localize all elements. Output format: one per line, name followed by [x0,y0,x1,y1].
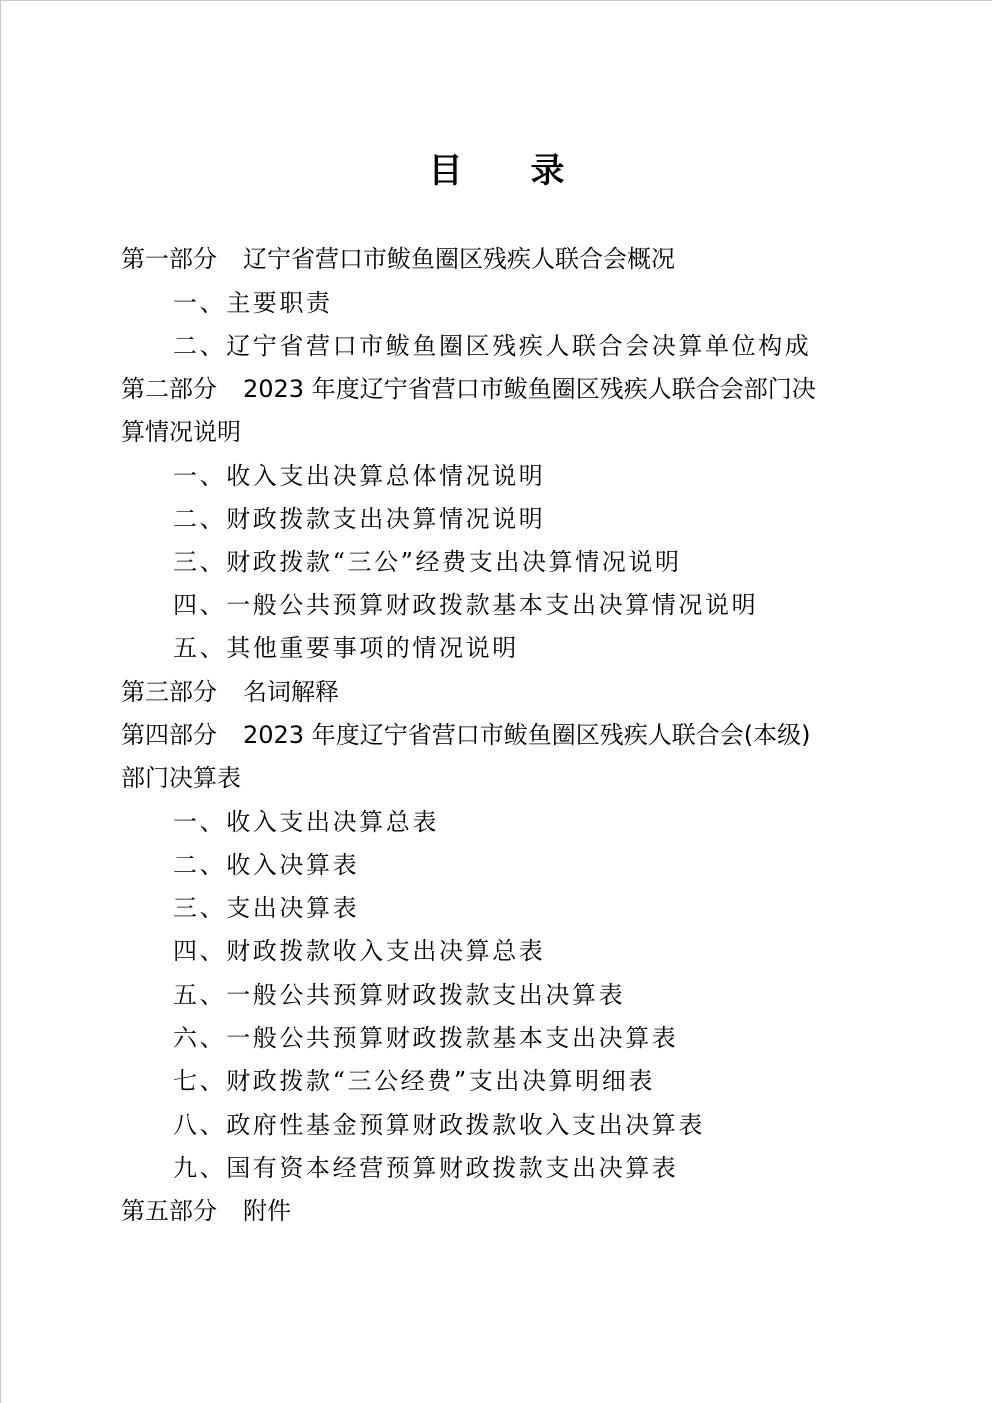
page-title: 目录 [1,143,992,192]
toc-part-label: 第四部分 [121,720,217,750]
toc-sub-entry[interactable]: 五、一般公共预算财政拨款支出决算表 [173,980,625,1010]
toc-part-label: 第一部分 [121,244,217,274]
toc-part-entry[interactable]: 第一部分辽宁省营口市鲅鱼圈区残疾人联合会概况 [121,244,675,274]
toc-sub-entry[interactable]: 一、收入支出决算总表 [173,807,439,837]
toc-part-entry[interactable]: 第五部分附件 [121,1196,291,1226]
toc-sub-entry[interactable]: 六、一般公共预算财政拨款基本支出决算表 [173,1023,678,1053]
toc-part-title: 附件 [243,1197,291,1225]
title-char-right: 录 [531,143,565,192]
toc-part-entry[interactable]: 第二部分2023 年度辽宁省营口市鲅鱼圈区残疾人联合会部门决 [121,374,816,404]
toc-sub-entry[interactable]: 五、其他重要事项的情况说明 [173,633,519,663]
toc-part-continuation[interactable]: 算情况说明 [121,417,241,447]
toc-part-label: 第二部分 [121,374,217,404]
toc-sub-entry[interactable]: 四、一般公共预算财政拨款基本支出决算情况说明 [173,590,758,620]
toc-part-label: 第五部分 [121,1196,217,1226]
toc-part-entry[interactable]: 第三部分名词解释 [121,677,339,707]
toc-part-label: 第三部分 [121,677,217,707]
toc-sub-entry[interactable]: 九、国有资本经营预算财政拨款支出决算表 [173,1153,678,1183]
toc-part-title: 2023 年度辽宁省营口市鲅鱼圈区残疾人联合会(本级) [243,721,810,749]
toc-part-entry[interactable]: 第四部分2023 年度辽宁省营口市鲅鱼圈区残疾人联合会(本级) [121,720,810,750]
toc-sub-entry[interactable]: 二、收入决算表 [173,850,359,880]
toc-sub-entry[interactable]: 四、财政拨款收入支出决算总表 [173,936,545,966]
toc-part-title: 2023 年度辽宁省营口市鲅鱼圈区残疾人联合会部门决 [243,375,816,403]
toc-sub-entry[interactable]: 一、主要职责 [173,288,333,318]
toc-sub-entry[interactable]: 八、政府性基金预算财政拨款收入支出决算表 [173,1110,705,1140]
toc-sub-entry[interactable]: 一、收入支出决算总体情况说明 [173,461,545,491]
toc-sub-entry[interactable]: 三、支出决算表 [173,893,359,923]
title-char-left: 目 [429,143,463,192]
toc-part-title: 名词解释 [243,678,339,706]
toc-part-title: 辽宁省营口市鲅鱼圈区残疾人联合会概况 [243,245,675,273]
toc-sub-entry[interactable]: 三、财政拨款“三公”经费支出决算情况说明 [173,547,682,577]
toc-sub-entry[interactable]: 二、财政拨款支出决算情况说明 [173,504,545,534]
toc-part-continuation[interactable]: 部门决算表 [121,763,241,793]
toc-sub-entry[interactable]: 二、辽宁省营口市鲅鱼圈区残疾人联合会决算单位构成 [173,331,811,361]
toc-sub-entry[interactable]: 七、财政拨款“三公经费”支出决算明细表 [173,1066,655,1096]
